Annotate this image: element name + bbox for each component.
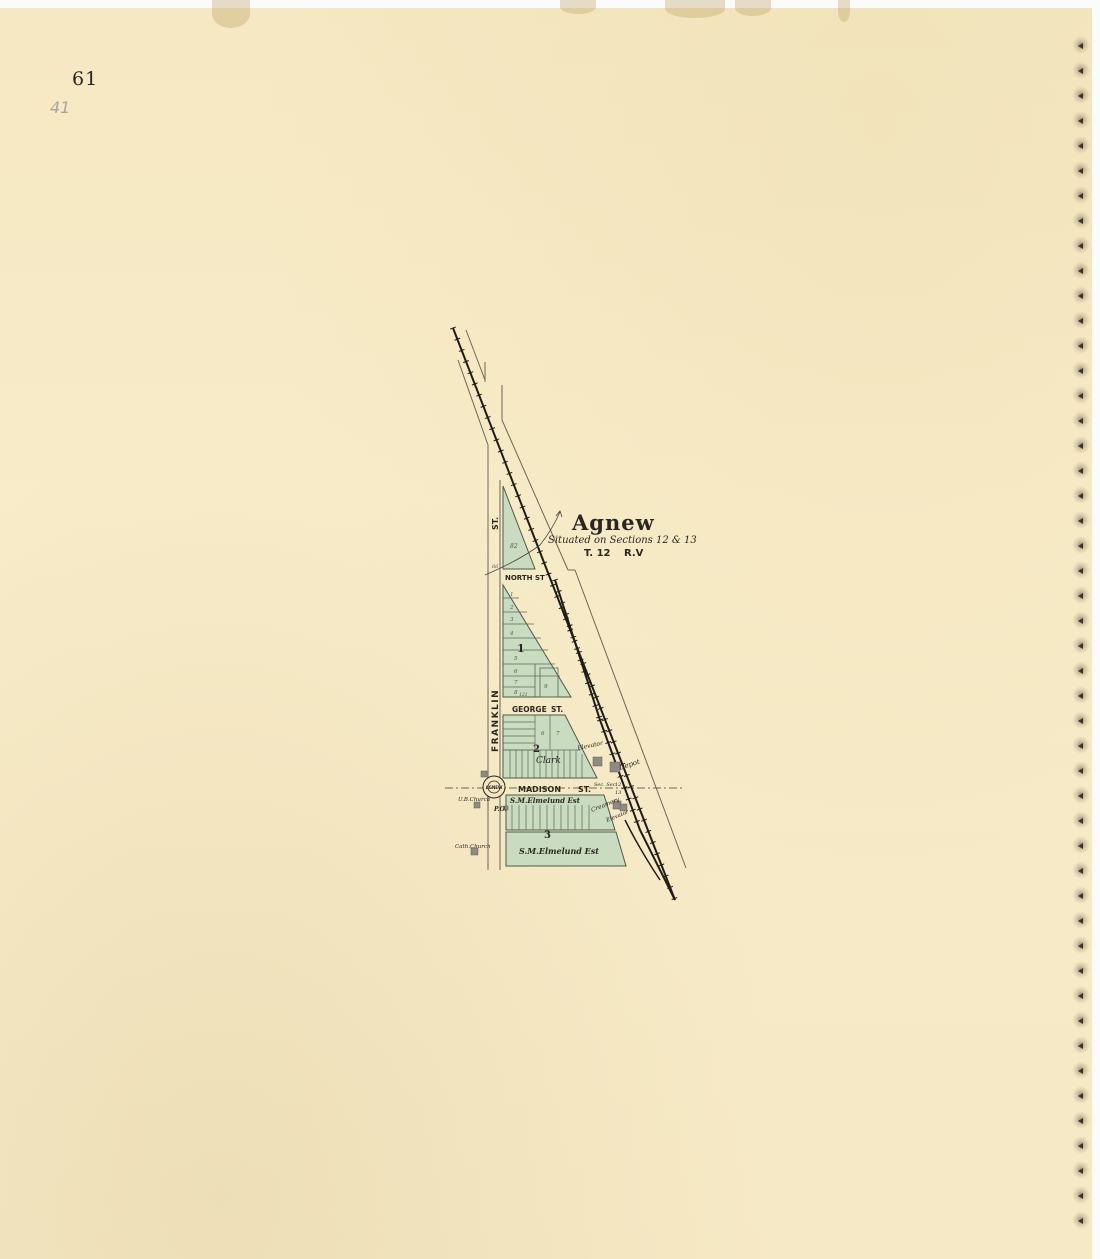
franklin-street-suffix: ST. — [491, 517, 500, 530]
block-2-number: 2 — [533, 744, 540, 755]
map-subtitle: Situated on Sections 12 & 13 — [548, 535, 697, 546]
lot-number: 7 — [556, 731, 560, 737]
lot-number: 1 — [510, 592, 514, 598]
lot-number: 2 — [509, 605, 514, 611]
george-street-label: GEORGE — [512, 705, 547, 714]
lot-number: 9 — [544, 684, 548, 690]
corner-label: 121 — [519, 692, 528, 698]
svg-text:AGNEW: AGNEW — [486, 785, 503, 790]
block-1-number: 1 — [517, 642, 525, 655]
corner-label: 66 — [492, 564, 499, 570]
lot-number: 3 — [510, 617, 514, 623]
section-12-label: 12 — [615, 782, 621, 788]
town-seal: AGNEW — [483, 776, 505, 798]
george-street-suffix: ST. — [551, 705, 563, 714]
north-street-label: NORTH ST — [505, 574, 545, 582]
lot-number: 8 — [514, 690, 518, 696]
elevator-building — [593, 757, 602, 766]
madison-street-label: MADISON — [518, 785, 561, 794]
lot-number: 7 — [514, 680, 518, 686]
range-label: R.V — [624, 548, 644, 559]
lot-number: 4 — [509, 631, 514, 637]
lot-number: 6 — [514, 669, 518, 675]
township-label: T. 12 — [584, 548, 611, 559]
madison-street-suffix: ST. — [578, 785, 591, 794]
atlas-page: 61 41 — [0, 0, 1100, 1259]
section-13-label: 13 — [615, 790, 621, 796]
agnew-town-plat: AGNEW Agnew Situated on Sections 12 & 13… — [0, 0, 1100, 1259]
block-3-owner-2: S.M.Elmelund Est — [519, 846, 599, 856]
ub-church-label: U.B.Church — [458, 797, 491, 803]
map-title: Agnew — [571, 510, 655, 535]
block-2-owner: Clark — [536, 756, 561, 766]
lot-number: 6 — [541, 731, 545, 737]
lot-number: 5 — [514, 656, 518, 662]
block-3-owner: S.M.Elmelund Est — [510, 796, 581, 805]
cath-church-label: Cath.Church — [455, 844, 491, 850]
elevator-label: Elevator — [576, 740, 605, 753]
block-3-number: 3 — [544, 830, 551, 841]
ub-church-building — [481, 771, 487, 777]
post-office-label: P.O. — [493, 806, 507, 813]
franklin-street-label: FRANKLIN — [491, 689, 501, 752]
lot-label: 82 — [510, 543, 518, 550]
